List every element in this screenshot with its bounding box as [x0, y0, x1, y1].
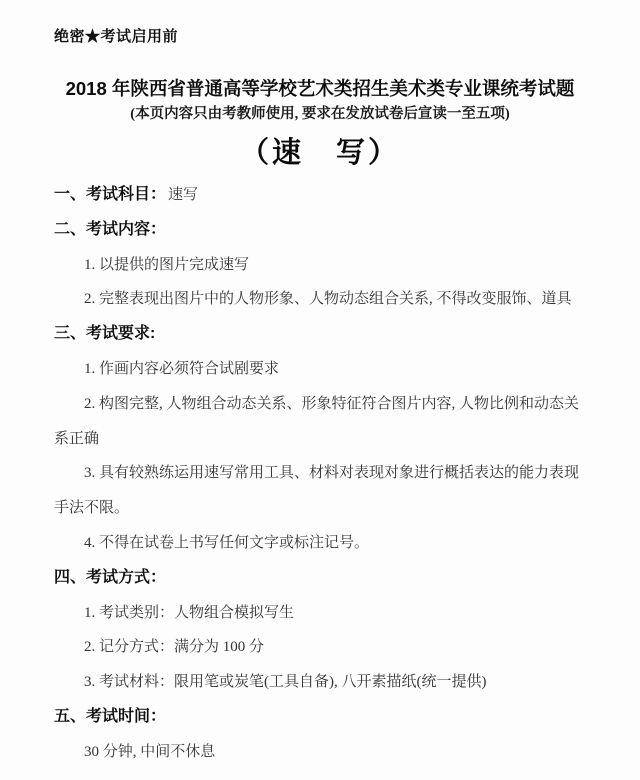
document-subtitle: (本页内容只由考教师使用, 要求在发放试卷后宣读一至五项) — [28, 105, 612, 123]
subject-heading: （速 写） — [28, 135, 612, 171]
section-heading: 二、考试内容： — [54, 221, 166, 238]
list-item: 4. 不得在试卷上书写任何文字或标注记号。 — [54, 526, 586, 561]
list-item: 1. 作画内容必须符合试剧要求 — [54, 352, 586, 387]
section-heading: 四、考试方式： — [54, 569, 166, 586]
classification-label: 绝密★考试启用前 — [54, 28, 586, 45]
document-title: 2018 年陕西省普通高等学校艺术类招生美术类专业课统考试题 — [28, 77, 612, 100]
list-item: 3. 考试材料：限用笔或炭笔(工具自备), 八开素描纸(统一提供) — [54, 665, 586, 700]
section-exam-requirements: 三、考试要求: — [54, 317, 586, 352]
section-inline-value: 速写 — [168, 187, 198, 203]
list-item: 3. 具有较熟练运用速写常用工具、材料对表现对象进行概括表达的能力表现手法不限。 — [54, 456, 586, 526]
section-exam-subject: 一、考试科目：速写 — [54, 178, 586, 213]
list-item: 1. 考试类别：人物组合模拟写生 — [54, 596, 586, 631]
section-heading: 五、考试时间： — [54, 708, 166, 725]
section-exam-time: 五、考试时间： — [54, 700, 586, 735]
list-item: 2. 完整表现出图片中的人物形象、人物动态组合关系, 不得改变服饰、道具 — [54, 282, 586, 317]
list-item: 1. 以提供的图片完成速写 — [54, 248, 586, 283]
section-heading: 一、考试科目： — [54, 186, 166, 203]
list-item: 30 分钟, 中间不休息 — [54, 735, 586, 770]
section-heading: 三、考试要求: — [54, 325, 155, 342]
list-item: 2. 构图完整, 人物组合动态关系、形象特征符合图片内容, 人物比例和动态关系正… — [54, 387, 586, 457]
section-exam-method: 四、考试方式： — [54, 561, 586, 596]
exam-notice-page: 绝密★考试启用前 2018 年陕西省普通高等学校艺术类招生美术类专业课统考试题 … — [0, 0, 640, 780]
section-exam-content: 二、考试内容： — [54, 213, 586, 248]
document-body: 一、考试科目：速写 二、考试内容： 1. 以提供的图片完成速写 2. 完整表现出… — [54, 178, 586, 770]
list-item: 2. 记分方式：满分为 100 分 — [54, 630, 586, 665]
